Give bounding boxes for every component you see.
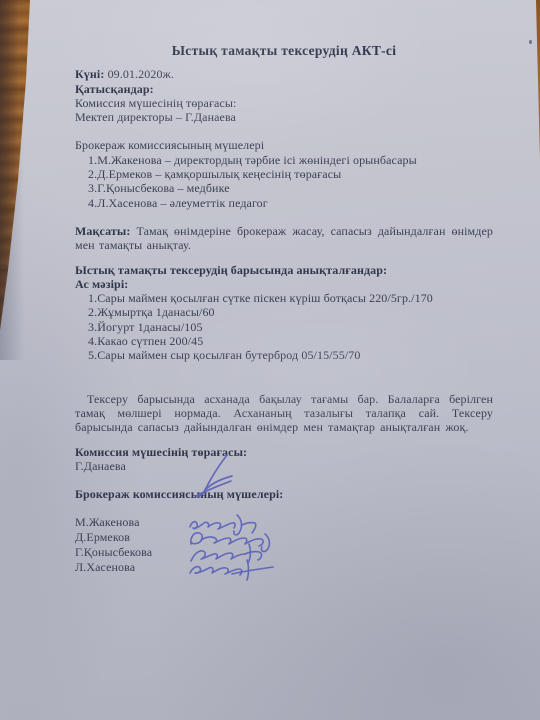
member-sign-name: Д.Ермеков — [75, 530, 187, 544]
photo-of-document: Ыстық тамақты тексерудің АКТ-сі Күні: 09… — [0, 0, 540, 720]
chairman-sign-row: Г.Данаева — [75, 459, 493, 474]
date-line: Күні: 09.01.2020ж. — [75, 67, 493, 81]
member-sign-name: М.Жакенова — [75, 515, 187, 529]
table-surface-left — [0, 0, 34, 336]
chairman-sign-label: Комиссия мүшесінің төрағасы: — [75, 445, 493, 459]
commission-member-item: 1.М.Жакенова – директордың тәрбие ісі жө… — [88, 153, 493, 167]
table-surface-right — [535, 0, 540, 160]
menu-list: 1.Сары маймен қосылған сүтке піскен күрі… — [75, 291, 493, 362]
member-sign-row: Л.Хасенова — [75, 560, 493, 575]
date-value: 09.01.2020ж. — [108, 67, 175, 81]
menu-item: 5.Сары маймен сыр қосылған бутерброд 05/… — [88, 348, 493, 362]
menu-item: 1.Сары маймен қосылған сүтке піскен күрі… — [88, 291, 493, 305]
chairman-signature-handwriting — [185, 450, 245, 498]
chairman-sign-name: Г.Данаева — [75, 459, 126, 473]
date-label: Күні: — [75, 67, 104, 81]
participants-label: Қатысқандар: — [75, 82, 493, 96]
commission-member-item: 4.Л.Хасенова – әлеуметтік педагог — [88, 196, 493, 210]
member-sign-name: Г.Қонысбекова — [75, 545, 187, 559]
document-title: Ыстық тамақты тексерудің АКТ-сі — [75, 44, 493, 58]
menu-item: 4.Какао сүтпен 200/45 — [88, 334, 493, 348]
menu-item: 2.Жұмыртқа 1данасы/60 — [88, 305, 493, 319]
conclusion-paragraph: Тексеру барысында асханада бақылау тағам… — [75, 392, 493, 435]
menu-label: Ас мәзірі: — [75, 277, 493, 291]
commission-member-item: 3.Г.Қонысбекова – медбике — [88, 181, 493, 195]
member-sign-name: Л.Хасенова — [75, 560, 187, 574]
chairman-intro-line: Комиссия мүшесінің төрағасы: — [75, 96, 493, 110]
member-signature-handwriting — [187, 556, 292, 582]
members-sign-label: Брокераж комиссиясының мүшелері: — [75, 487, 493, 501]
commission-header: Брокераж комиссиясының мүшелері — [75, 138, 493, 152]
findings-header: Ыстық тамақты тексерудің барысында анықт… — [75, 263, 493, 277]
document-page: Ыстық тамақты тексерудің АКТ-сі Күні: 09… — [75, 44, 493, 575]
paper-speck — [529, 40, 532, 44]
purpose-paragraph: Мақсаты: Тамақ өнімдеріне брокераж жасау… — [75, 224, 493, 253]
purpose-label: Мақсаты: — [75, 224, 130, 238]
chairman-name-line: Мектеп директоры – Г.Данаева — [75, 110, 493, 124]
menu-item: 3.Йогурт 1данасы/105 — [88, 320, 493, 334]
commission-member-item: 2.Д.Ермеков – қамқоршылық кеңесінің төра… — [88, 167, 493, 181]
commission-members-list: 1.М.Жакенова – директордың тәрбие ісі жө… — [75, 153, 493, 210]
purpose-text: Тамақ өнімдеріне брокераж жасау, сапасыз… — [75, 224, 493, 252]
